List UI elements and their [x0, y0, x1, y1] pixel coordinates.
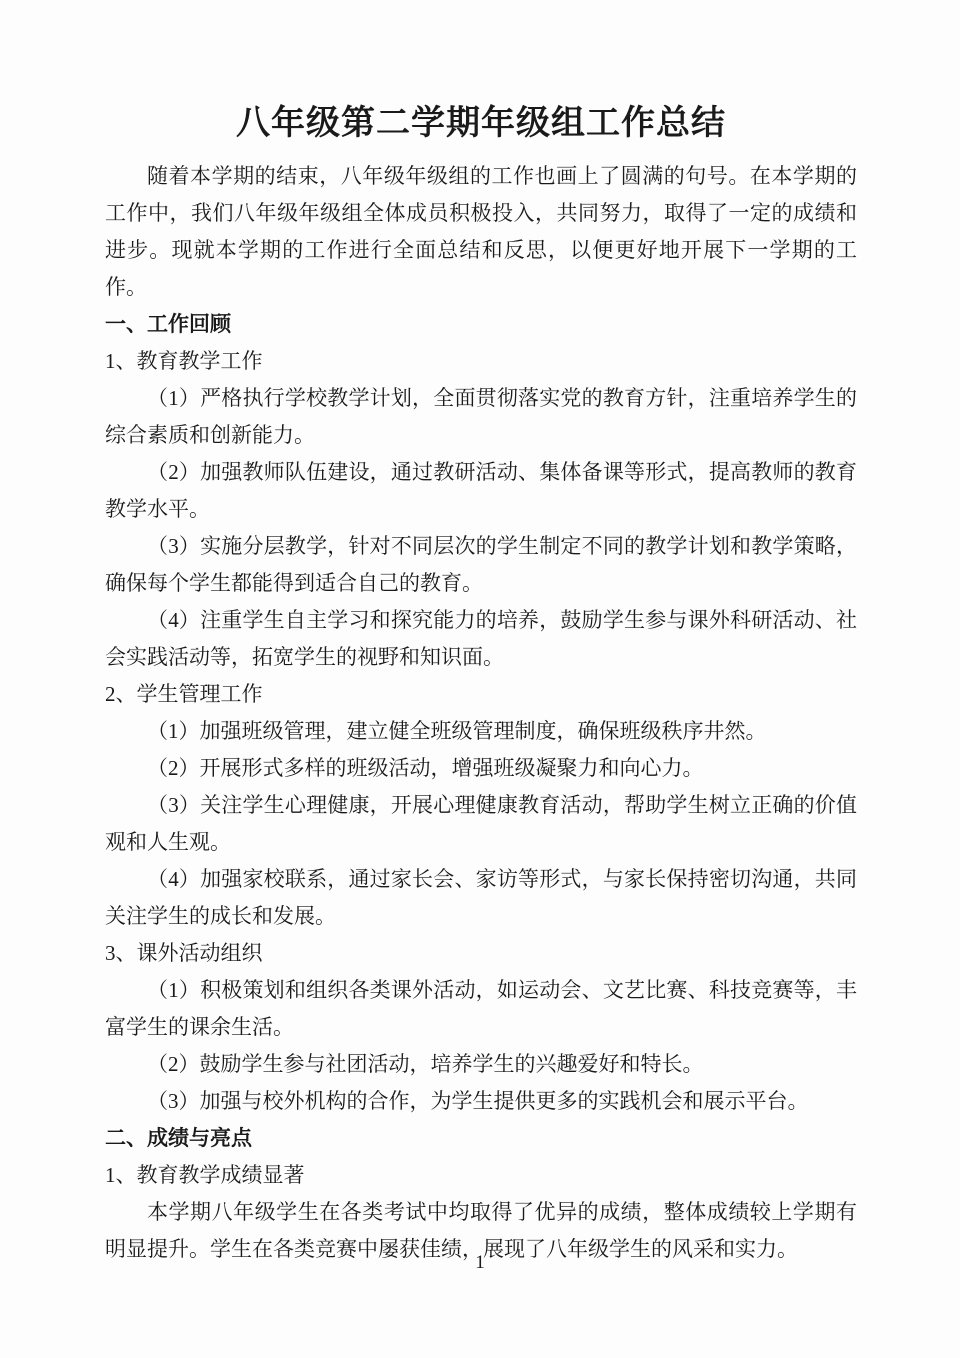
subsection-heading-1-2: 2、学生管理工作 — [105, 676, 857, 713]
section-heading-2: 二、成绩与亮点 — [105, 1120, 857, 1157]
subsection-heading-1-1: 1、教育教学工作 — [105, 343, 857, 380]
page-number: 1 — [0, 1248, 960, 1278]
subsection-heading-1-3: 3、课外活动组织 — [105, 935, 857, 972]
list-item: （4）注重学生自主学习和探究能力的培养，鼓励学生参与课外科研活动、社会实践活动等… — [105, 602, 857, 676]
subsection-heading-2-1: 1、教育教学成绩显著 — [105, 1157, 857, 1194]
list-item: （1）严格执行学校教学计划，全面贯彻落实党的教育方针，注重培养学生的综合素质和创… — [105, 380, 857, 454]
list-item: （2）加强教师队伍建设，通过教研活动、集体备课等形式，提高教师的教育教学水平。 — [105, 454, 857, 528]
list-item: （3）加强与校外机构的合作，为学生提供更多的实践机会和展示平台。 — [105, 1083, 857, 1120]
document-page: 八年级第二学期年级组工作总结 随着本学期的结束，八年级年级组的工作也画上了圆满的… — [0, 0, 960, 1358]
list-item: （4）加强家校联系，通过家长会、家访等形式，与家长保持密切沟通，共同关注学生的成… — [105, 861, 857, 935]
document-title: 八年级第二学期年级组工作总结 — [105, 0, 857, 152]
document-body: 随着本学期的结束，八年级年级组的工作也画上了圆满的句号。在本学期的工作中，我们八… — [105, 158, 857, 1268]
section-heading-1: 一、工作回顾 — [105, 306, 857, 343]
list-item: （1）积极策划和组织各类课外活动，如运动会、文艺比赛、科技竞赛等，丰富学生的课余… — [105, 972, 857, 1046]
list-item: （3）实施分层教学，针对不同层次的学生制定不同的教学计划和教学策略，确保每个学生… — [105, 528, 857, 602]
list-item: （2）开展形式多样的班级活动，增强班级凝聚力和向心力。 — [105, 750, 857, 787]
document-content: 八年级第二学期年级组工作总结 随着本学期的结束，八年级年级组的工作也画上了圆满的… — [105, 0, 857, 1268]
list-item: （2）鼓励学生参与社团活动，培养学生的兴趣爱好和特长。 — [105, 1046, 857, 1083]
list-item: （1）加强班级管理，建立健全班级管理制度，确保班级秩序井然。 — [105, 713, 857, 750]
intro-paragraph: 随着本学期的结束，八年级年级组的工作也画上了圆满的句号。在本学期的工作中，我们八… — [105, 158, 857, 306]
list-item: （3）关注学生心理健康，开展心理健康教育活动，帮助学生树立正确的价值观和人生观。 — [105, 787, 857, 861]
